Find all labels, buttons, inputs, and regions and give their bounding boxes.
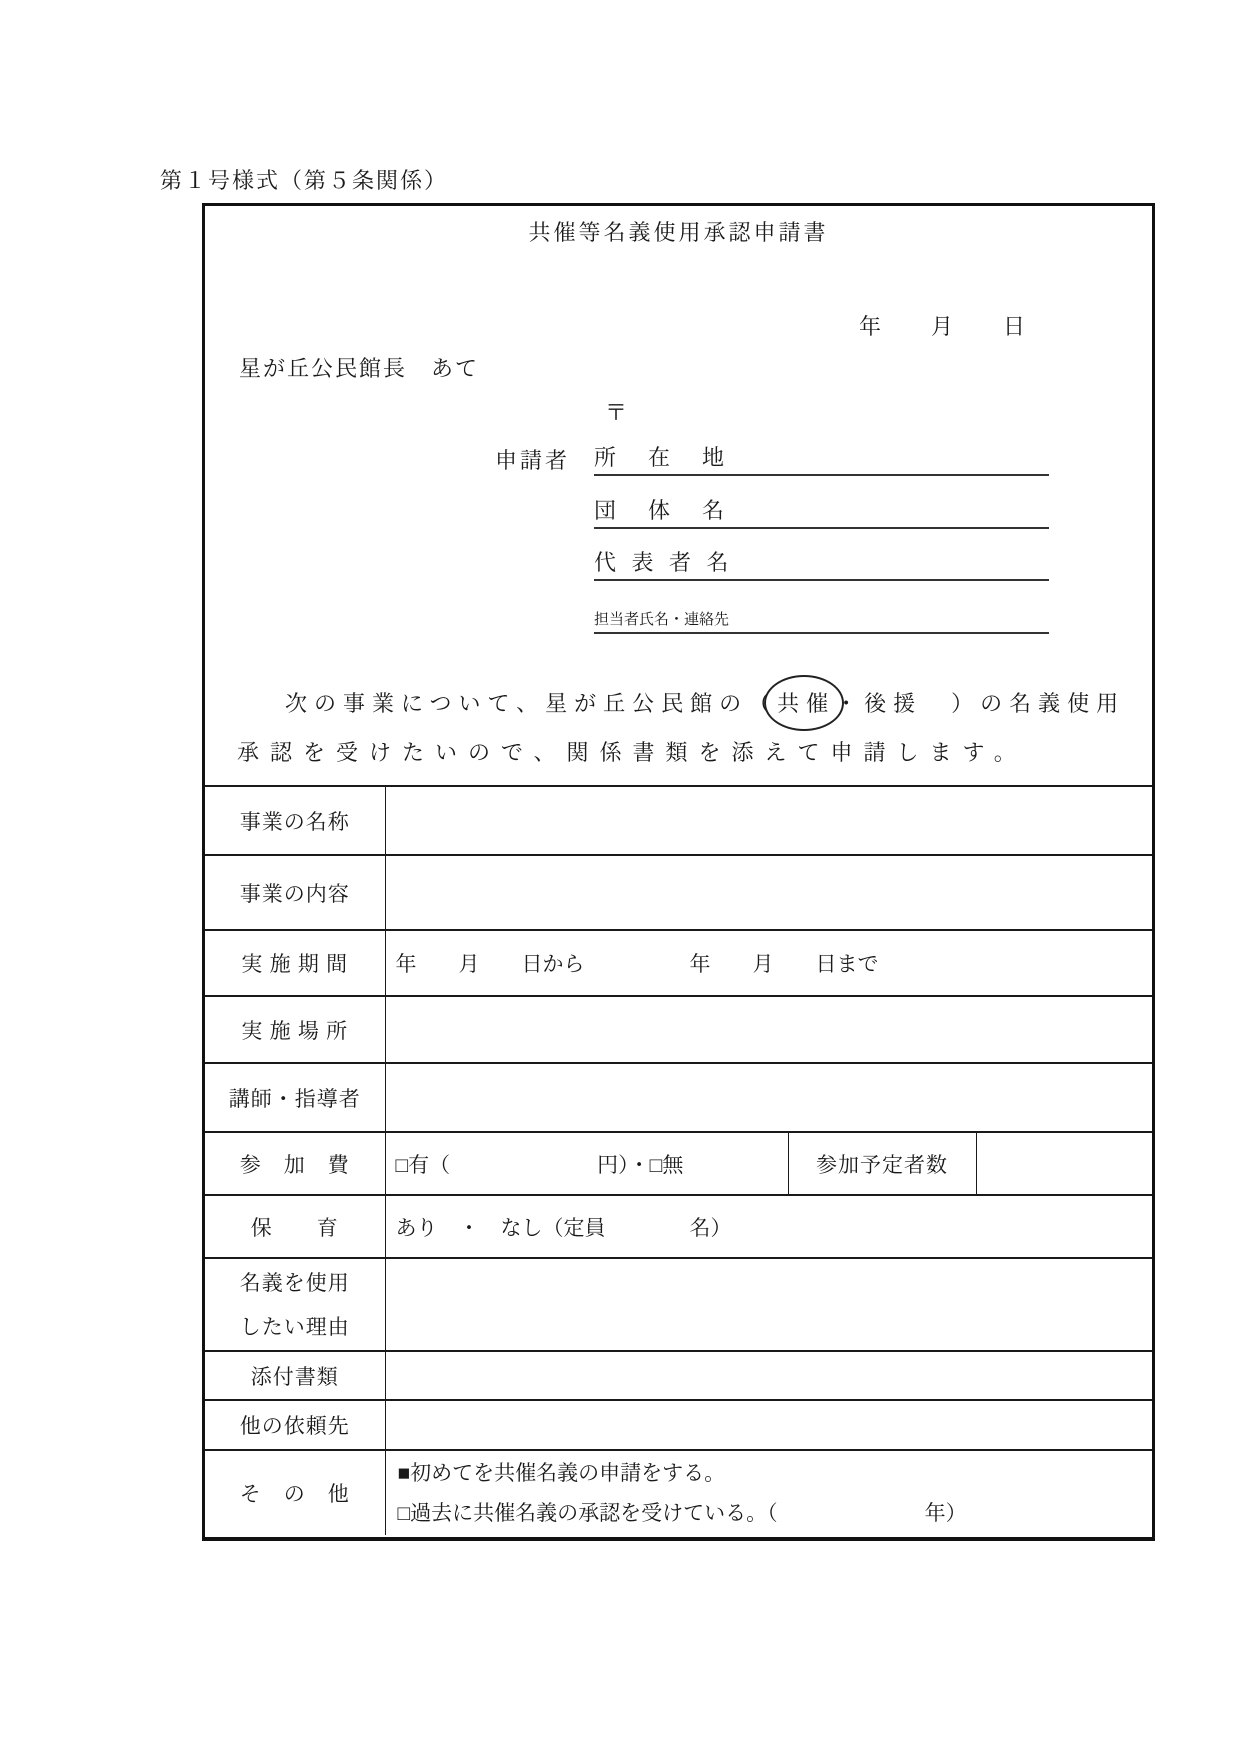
reason-for-name-use-label: 名義を使用 したい理由: [205, 1258, 385, 1351]
form-box: 共催等名義使用承認申請書 年 月 日 星が丘公民館長 あて 〒 申請者 所 在 …: [202, 203, 1155, 1541]
expected-participants-value: [976, 1132, 1152, 1195]
address-field-label: 所 在 地: [594, 441, 729, 474]
table-row-implementation-period: 実 施 期 間 年 月 日から 年 月 日まで: [205, 930, 1152, 996]
reason-for-name-use-value: [385, 1258, 1152, 1351]
table-row-participation-fee: 参 加 費 □有（ 円）・□無 参加予定者数: [205, 1132, 1152, 1195]
table-row-project-content: 事業の内容: [205, 855, 1152, 930]
instructor-value: [385, 1063, 1152, 1132]
participation-fee-options: □有（ 円）・□無: [385, 1132, 788, 1195]
project-name-label: 事業の名称: [205, 786, 385, 855]
implementation-period-value: 年 月 日から 年 月 日まで: [385, 930, 1152, 996]
attached-documents-value: [385, 1351, 1152, 1400]
past-approval-checkbox-line: □過去に共催名義の承認を受けている。（ 年）: [386, 1493, 1153, 1533]
statement-line-2: 承認を受けたいので、関係書類を添えて申請します。: [205, 738, 1152, 768]
project-content-label: 事業の内容: [205, 855, 385, 930]
applicant-label: 申請者: [495, 444, 570, 475]
first-application-checkbox-line: ■初めてを共催名義の申請をする。: [386, 1453, 1153, 1493]
contact-person-field: 担当者氏名・連絡先: [594, 596, 1049, 634]
contact-person-field-label: 担当者氏名・連絡先: [594, 608, 729, 632]
statement-line-1: 次の事業について、星が丘公民館の（共催・後援 ）の名義使用: [205, 689, 1152, 719]
form-number-label: 第１号様式（第５条関係）: [160, 164, 448, 195]
other-notes-label: そ の 他: [205, 1450, 385, 1535]
representative-field: 代 表 者 名: [594, 543, 1049, 581]
other-requestees-label: 他の依頼先: [205, 1400, 385, 1450]
implementation-place-label: 実 施 場 所: [205, 996, 385, 1063]
expected-participants-label: 参加予定者数: [788, 1132, 976, 1195]
addressee-line: 星が丘公民館長 あて: [239, 352, 479, 383]
table-row-instructor: 講師・指導者: [205, 1063, 1152, 1132]
project-content-value: [385, 855, 1152, 930]
form-table: 事業の名称 事業の内容 実 施 期 間 年 月 日から 年 月 日まで 実 施 …: [205, 785, 1152, 1535]
address-field: 所 在 地: [594, 438, 1049, 476]
attached-documents-label: 添付書類: [205, 1351, 385, 1400]
other-notes-value: ■初めてを共催名義の申請をする。 □過去に共催名義の承認を受けている。（ 年）: [385, 1450, 1152, 1535]
representative-field-label: 代 表 者 名: [594, 546, 734, 579]
implementation-period-label: 実 施 期 間: [205, 930, 385, 996]
table-row-implementation-place: 実 施 場 所: [205, 996, 1152, 1063]
participation-fee-label: 参 加 費: [205, 1132, 385, 1195]
form-page: 第１号様式（第５条関係） 共催等名義使用承認申請書 年 月 日 星が丘公民館長 …: [0, 0, 1241, 1755]
implementation-place-value: [385, 996, 1152, 1063]
table-row-childcare: 保 育 あり ・ なし（定員 名）: [205, 1195, 1152, 1258]
table-row-reason-for-name-use: 名義を使用 したい理由: [205, 1258, 1152, 1351]
childcare-options: あり ・ なし（定員 名）: [385, 1195, 1152, 1258]
circled-cosponsor-option: 共催: [777, 689, 835, 719]
form-title: 共催等名義使用承認申請書: [205, 216, 1152, 247]
table-row-other-notes: そ の 他 ■初めてを共催名義の申請をする。 □過去に共催名義の承認を受けている…: [205, 1450, 1152, 1535]
childcare-label: 保 育: [205, 1195, 385, 1258]
statement-line1-before: 次の事業について、星が丘公民館の（: [285, 691, 777, 716]
table-row-other-requestees: 他の依頼先: [205, 1400, 1152, 1450]
postal-mark: 〒: [605, 396, 627, 427]
date-line: 年 月 日: [859, 310, 1027, 341]
table-row-project-name: 事業の名称: [205, 786, 1152, 855]
project-name-value: [385, 786, 1152, 855]
application-statement: 次の事業について、星が丘公民館の（共催・後援 ）の名義使用 承認を受けたいので、…: [205, 689, 1152, 768]
statement-line1-after: ・後援 ）の名義使用: [835, 691, 1125, 716]
organization-field: 団 体 名: [594, 491, 1049, 529]
instructor-label: 講師・指導者: [205, 1063, 385, 1132]
table-row-attached-documents: 添付書類: [205, 1351, 1152, 1400]
organization-field-label: 団 体 名: [594, 494, 729, 527]
other-requestees-value: [385, 1400, 1152, 1450]
